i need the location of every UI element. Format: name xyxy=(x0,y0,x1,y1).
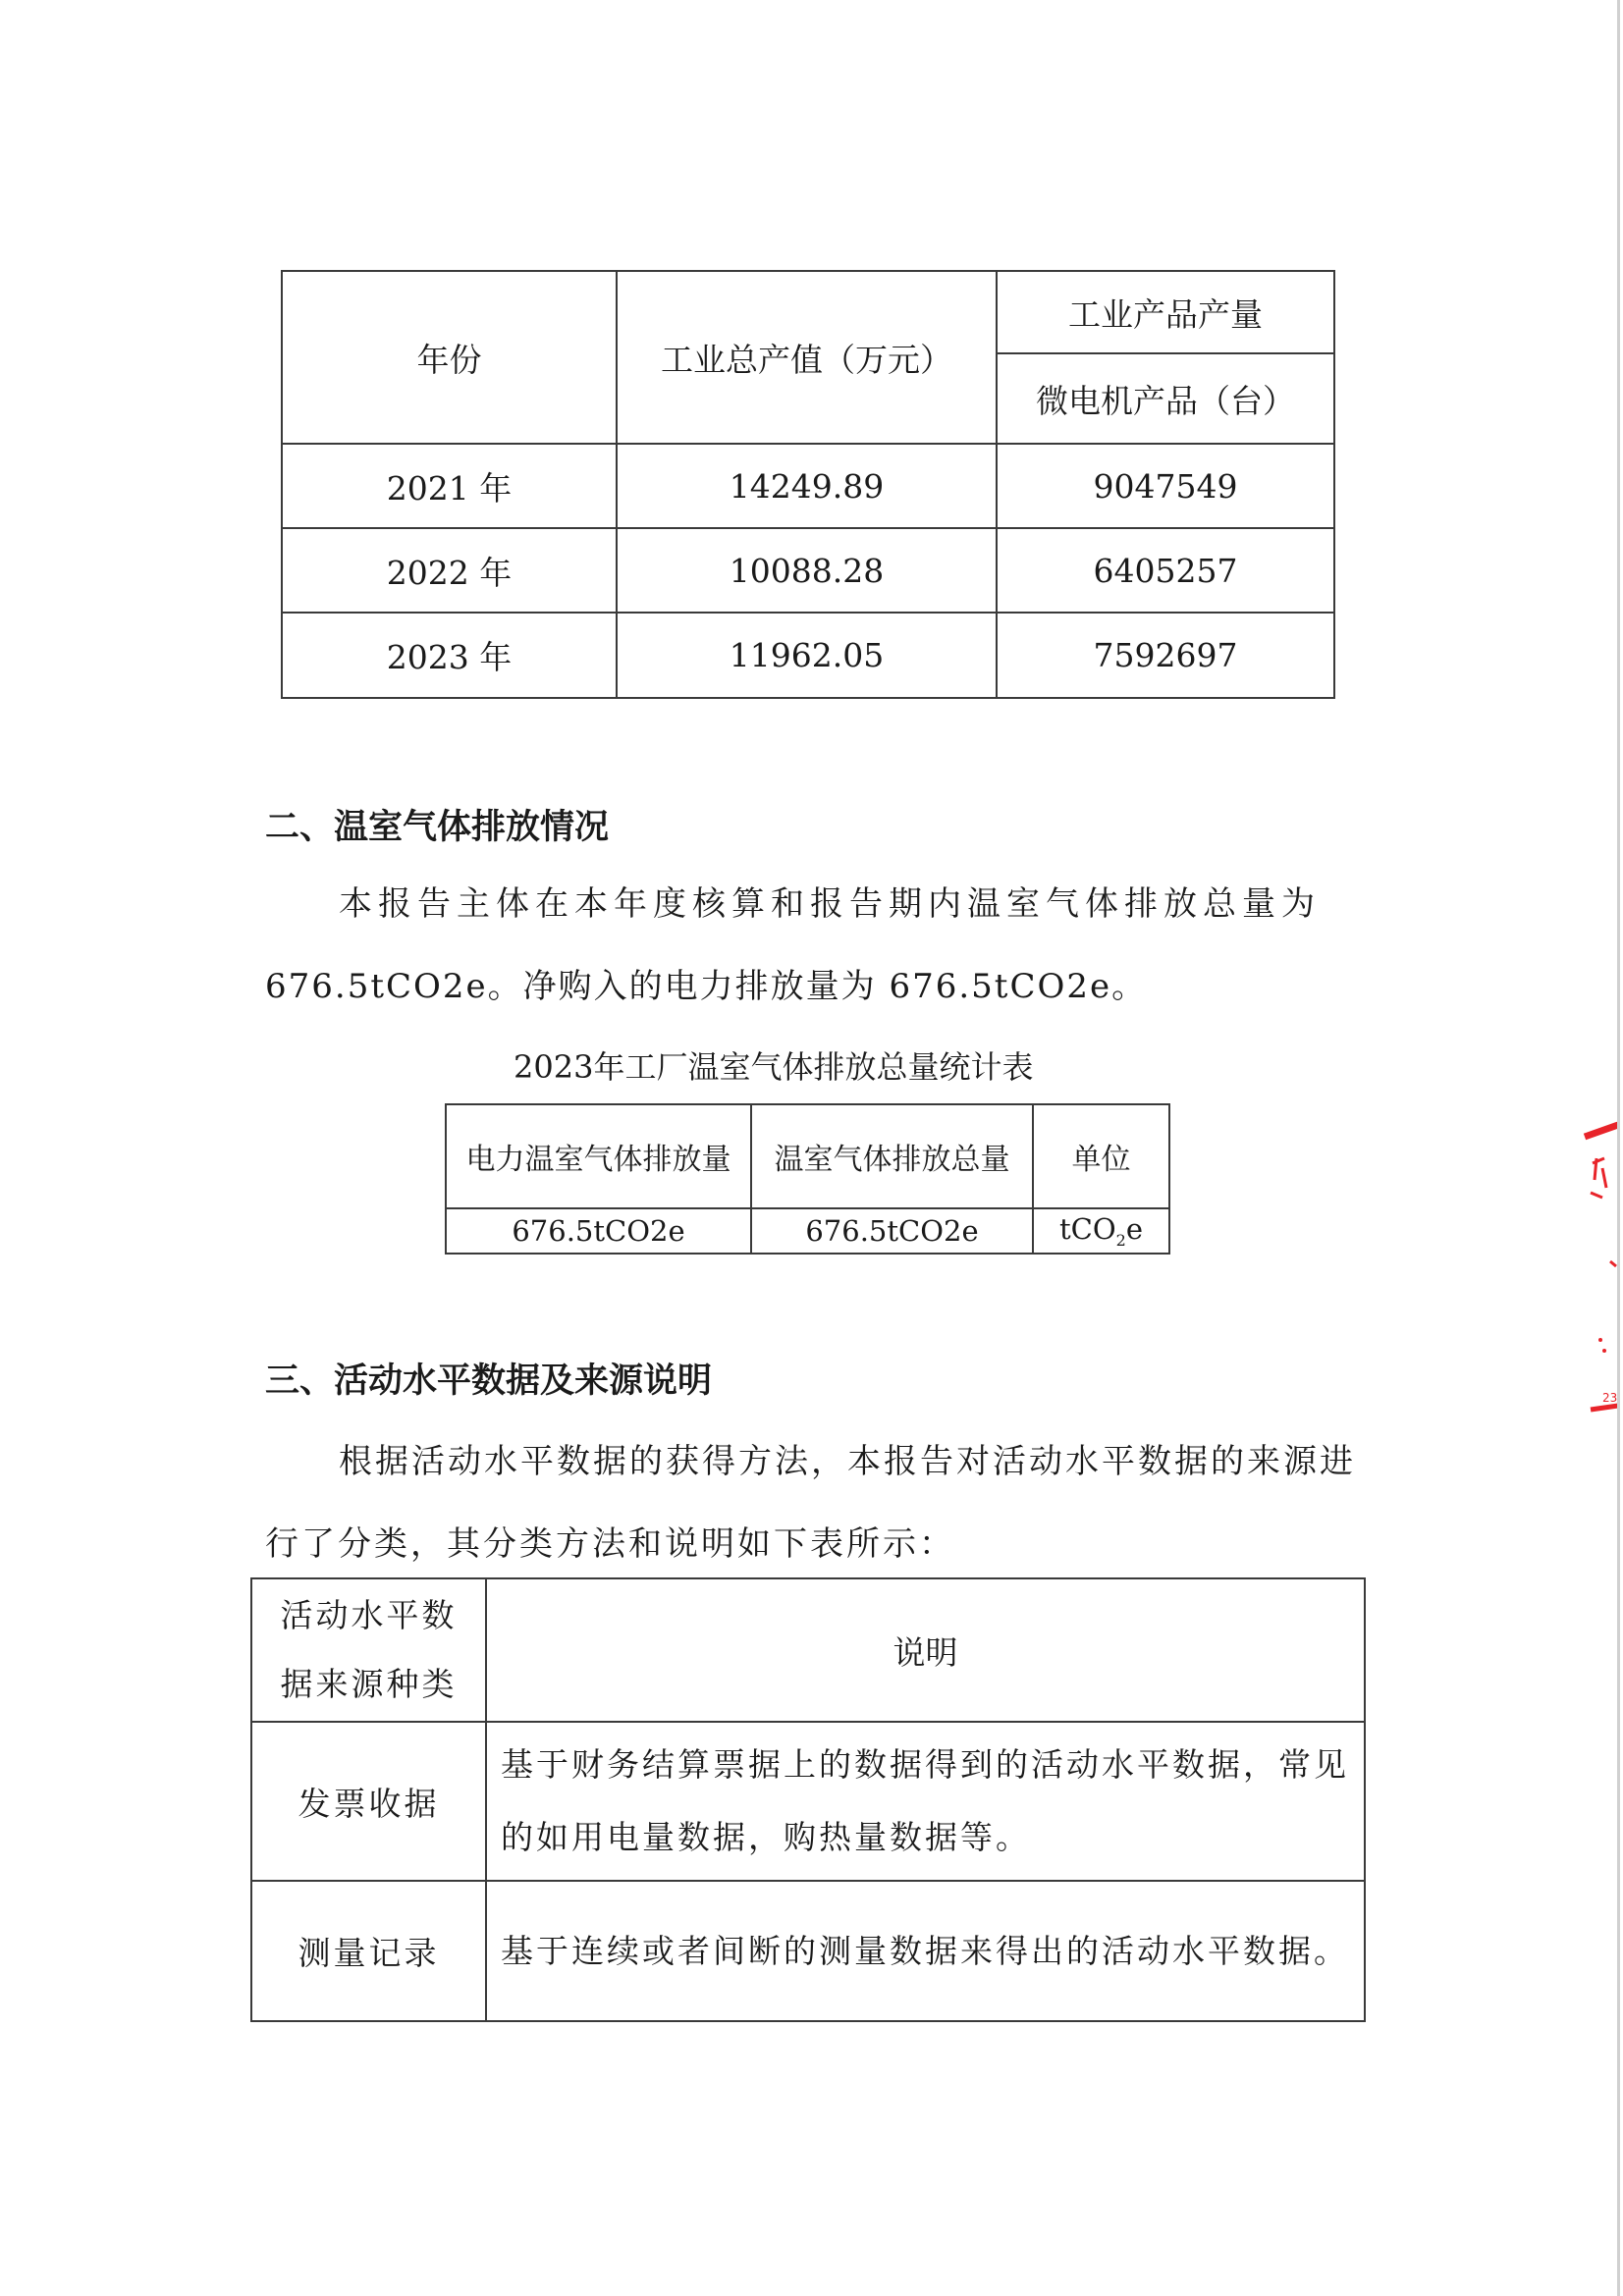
table-caption: 2023年工厂温室气体排放总量统计表 xyxy=(514,1042,1033,1088)
production-table: 年份 工业总产值（万元） 工业产品产量 微电机产品（台） 2021 年 1424… xyxy=(281,270,1335,699)
table-row: 2023 年 11962.05 7592697 xyxy=(282,613,1334,698)
header-product-output: 工业产品产量 xyxy=(997,271,1334,353)
header-electricity-emissions: 电力温室气体排放量 xyxy=(446,1104,751,1208)
cell-units: 6405257 xyxy=(997,528,1334,613)
header-total-emissions: 温室气体排放总量 xyxy=(751,1104,1033,1208)
header-product-name: 微电机产品（台） xyxy=(997,353,1334,444)
table-row: 676.5tCO2e 676.5tCO2e tCO2e xyxy=(446,1208,1169,1254)
cell-value: 11962.05 xyxy=(617,613,997,698)
paragraph-line: 676.5tCO2e。净购入的电力排放量为 676.5tCO2e。 xyxy=(265,959,1147,1007)
table-row: 测量记录 基于连续或者间断的测量数据来得出的活动水平数据。 xyxy=(251,1881,1365,2021)
header-unit: 单位 xyxy=(1033,1104,1169,1208)
paragraph-line: 本报告主体在本年度核算和报告期内温室气体排放总量为 xyxy=(339,877,1321,925)
table-row: 2022 年 10088.28 6405257 xyxy=(282,528,1334,613)
cell-value: 10088.28 xyxy=(617,528,997,613)
page-edge xyxy=(1617,0,1620,2296)
cell-units: 7592697 xyxy=(997,613,1334,698)
section-heading-activity-data: 三、活动水平数据及来源说明 xyxy=(265,1354,712,1403)
header-source-type: 活动水平数 据来源种类 xyxy=(251,1578,486,1722)
cell-year: 2022 年 xyxy=(282,528,617,613)
cell-value: 14249.89 xyxy=(617,444,997,528)
cell-source-type: 发票收据 xyxy=(251,1722,486,1881)
header-output-value: 工业总产值（万元） xyxy=(617,271,997,444)
table-row: 2021 年 14249.89 9047549 xyxy=(282,444,1334,528)
table-row: 发票收据 基于财务结算票据上的数据得到的活动水平数据，常见的如用电量数据，购热量… xyxy=(251,1722,1365,1881)
cell-total-emissions: 676.5tCO2e xyxy=(751,1208,1033,1254)
header-description: 说明 xyxy=(486,1578,1365,1722)
cell-description: 基于财务结算票据上的数据得到的活动水平数据，常见的如用电量数据，购热量数据等。 xyxy=(486,1722,1365,1881)
section-heading-emissions: 二、温室气体排放情况 xyxy=(265,800,609,849)
header-year: 年份 xyxy=(282,271,617,444)
paragraph-line: 根据活动水平数据的获得方法，本报告对活动水平数据的来源进 xyxy=(339,1434,1356,1482)
paragraph-line: 行了分类，其分类方法和说明如下表所示： xyxy=(265,1517,955,1565)
cell-units: 9047549 xyxy=(997,444,1334,528)
cell-year: 2023 年 xyxy=(282,613,617,698)
cell-electricity-emissions: 676.5tCO2e xyxy=(446,1208,751,1254)
cell-unit: tCO2e xyxy=(1033,1208,1169,1254)
cell-description: 基于连续或者间断的测量数据来得出的活动水平数据。 xyxy=(486,1881,1365,2021)
emissions-table: 电力温室气体排放量 温室气体排放总量 单位 676.5tCO2e 676.5tC… xyxy=(445,1103,1170,1255)
cell-year: 2021 年 xyxy=(282,444,617,528)
activity-data-table: 活动水平数 据来源种类 说明 发票收据 基于财务结算票据上的数据得到的活动水平数… xyxy=(250,1577,1366,2022)
seal-stamp-icon: 23 xyxy=(1583,1119,1622,1423)
cell-source-type: 测量记录 xyxy=(251,1881,486,2021)
svg-text:23: 23 xyxy=(1602,1391,1617,1405)
